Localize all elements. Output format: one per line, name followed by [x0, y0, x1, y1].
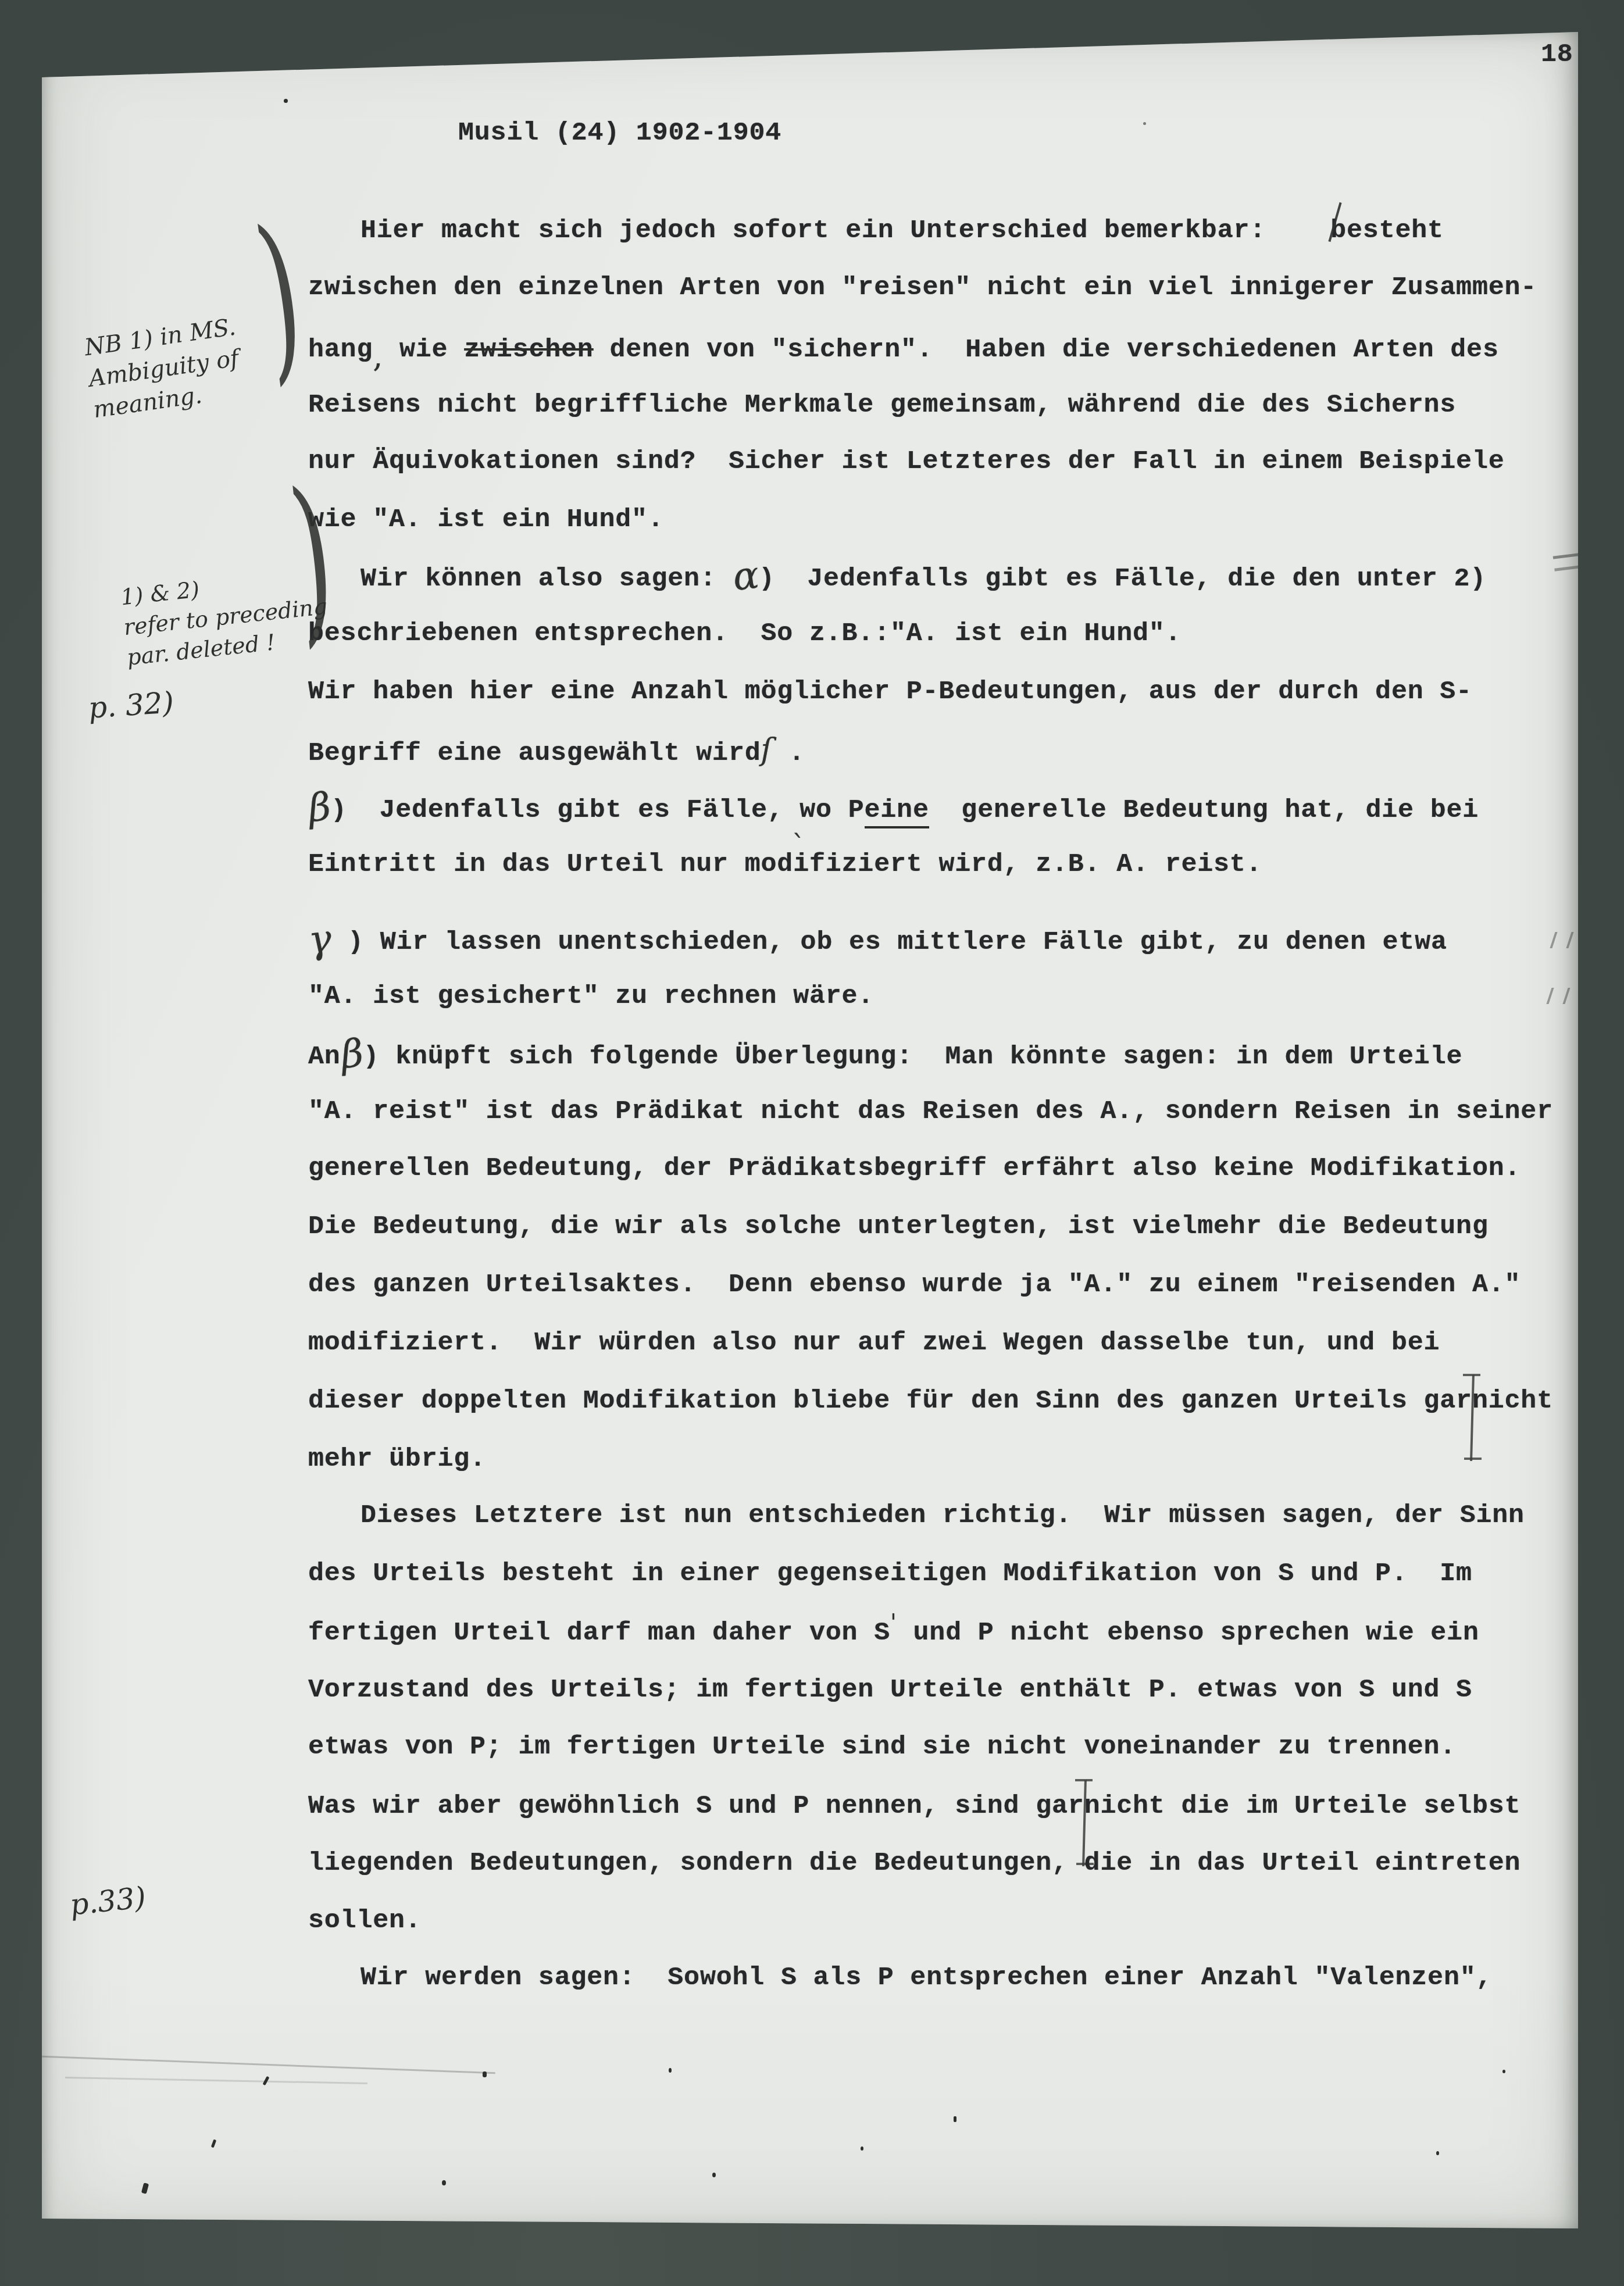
hand-corrected-letter: i [793, 849, 809, 879]
stray-hand-mark [1550, 932, 1573, 948]
typed-line: Vorzustand des Urteils; im fertigen Urte… [308, 1674, 1472, 1706]
typed-line: wie "A. ist ein Hund". [308, 504, 664, 535]
text-segment: Hier macht sich jedoch sofort ein Unters… [361, 216, 1330, 245]
typed-line: Anβ) knüpft sich folgende Überlegung: Ma… [308, 1039, 1462, 1073]
document-title: Musil (24) 1902-1904 [458, 118, 781, 148]
text-segment: Wir werden sagen: Sowohl S als P entspre… [361, 1963, 1492, 1992]
typed-line: Reisens nicht begriffliche Merkmale geme… [308, 390, 1456, 421]
typed-line: Begriff eine ausgewählt wirdſ . [308, 734, 805, 769]
margin-note: 1) & 2)refer to precedingpar. deleted !) [119, 561, 332, 673]
text-segment: dieser doppelten Modifikation bliebe für… [308, 1386, 1472, 1416]
handwritten-greek-letter: α [731, 563, 760, 590]
handwritten-apostrophe: ' [890, 1609, 897, 1636]
text-segment: liegenden Bedeutungen, sondern die Bedeu… [308, 1848, 1521, 1878]
margin-note-text: p.33) [68, 1880, 148, 1922]
typed-line: liegenden Bedeutungen, sondern die Bedeu… [308, 1848, 1521, 1879]
text-segment: des Urteils besteht in einer gegenseitig… [308, 1559, 1472, 1588]
text-segment: Reisens nicht begriffliche Merkmale geme… [308, 390, 1456, 420]
text-segment: Eintritt in das Urteil nur mod [308, 849, 793, 879]
text-segment: und P nicht ebenso sprechen wie ein [897, 1618, 1479, 1648]
text-segment: "A. reist" ist das Prädikat nicht das Re… [308, 1096, 1553, 1126]
typed-line: zwischen den einzelnen Arten von "reisen… [308, 272, 1537, 303]
typed-line: modifiziert. Wir würden also nur auf zwe… [308, 1327, 1440, 1359]
text-segment: hang [308, 335, 373, 365]
text-segment: nicht die im Urteile selbst [1084, 1791, 1521, 1821]
text-segment: modifiziert. Wir würden also nur auf zwe… [308, 1328, 1440, 1358]
text-segment: ) knüpft sich folgende Überlegung: Man k… [363, 1042, 1463, 1071]
typed-line: γ ) Wir lassen unentschieden, ob es mitt… [308, 924, 1447, 958]
typed-line: hang, wie zwischen denen von "sichern". … [308, 330, 1499, 366]
typed-line: generellen Bedeutung, der Prädikatsbegri… [308, 1153, 1521, 1184]
text-segment: ) Jedenfalls gibt es Fälle, die den unte… [759, 564, 1486, 594]
typed-line: Wir werden sagen: Sowohl S als P entspre… [361, 1962, 1492, 1994]
text-segment: An [308, 1042, 341, 1071]
stray-hand-mark [1546, 988, 1570, 1004]
typed-line: Was wir aber gewöhnlich S und P nennen, … [308, 1791, 1521, 1822]
margin-note: NB 1) in MS.Ambiguity ofmeaning.) [83, 312, 247, 426]
page-number: 18 [1541, 40, 1573, 69]
text-segment: mehr übrig. [308, 1444, 486, 1474]
handwritten-greek-letter: β [340, 1041, 365, 1067]
typed-line: Eintritt in das Urteil nur modifiziert w… [308, 849, 1262, 880]
text-segment: beschriebenen entsprechen. So z.B.:"A. i… [308, 619, 1181, 648]
margin-note-bracket: ) [259, 274, 302, 321]
text-segment: Was wir aber gewöhnlich S und P nennen, … [308, 1791, 1084, 1821]
typed-line: etwas von P; im fertigen Urteile sind si… [308, 1731, 1456, 1763]
typed-line: β) Jedenfalls gibt es Fälle, wo Peine ge… [308, 792, 1479, 826]
underlined-word: eine [865, 795, 929, 828]
typed-line: Die Bedeutung, die wir als solche unterl… [308, 1211, 1489, 1242]
typed-line: "A. ist gesichert" zu rechnen wäre. [308, 981, 874, 1012]
text-segment: generellen Bedeutung, der Prädikatsbegri… [308, 1153, 1521, 1183]
typed-line: Wir können also sagen: α) Jedenfalls gib… [361, 561, 1486, 595]
text-segment: denen von "sichern". Haben die verschied… [594, 335, 1499, 365]
text-segment: generelle Bedeutung hat, die bei [929, 795, 1479, 825]
typed-line: fertigen Urteil darf man daher von S' un… [308, 1616, 1479, 1649]
struck-word: zwischen [464, 335, 593, 365]
text-segment: wie [383, 335, 464, 365]
text-segment: Vorzustand des Urteils; im fertigen Urte… [308, 1675, 1472, 1705]
margin-note-bracket: ) [292, 538, 334, 583]
text-segment: Dieses Letztere ist nun entschieden rich… [361, 1501, 1525, 1530]
margin-note: p. 32) [87, 685, 175, 726]
typed-line: nur Äquivokationen sind? Sicher ist Letz… [308, 446, 1505, 477]
typed-line: des Urteils besteht in einer gegenseitig… [308, 1558, 1472, 1590]
handwritten-greek-letter: γ [308, 927, 333, 952]
typed-line: dieser doppelten Modifikation bliebe für… [308, 1385, 1553, 1417]
typed-line: des ganzen Urteilsaktes. Denn ebenso wur… [308, 1269, 1521, 1301]
text-segment: "A. ist gesichert" zu rechnen wäre. [308, 981, 874, 1011]
text-segment: wie "A. ist ein Hund". [308, 505, 664, 534]
crease-line [42, 2056, 495, 2074]
handwritten-greek-letter: β [308, 795, 333, 820]
text-segment: etwas von P; im fertigen Urteile sind si… [308, 1732, 1456, 1762]
text-segment: nur Äquivokationen sind? Sicher ist Letz… [308, 447, 1505, 476]
typed-line: sollen. [308, 1905, 422, 1937]
handwritten-flourish: ſ [761, 733, 773, 767]
hand-capitalized-word: besteht [1330, 216, 1444, 245]
text-segment: ) Jedenfalls gibt es Fälle, wo P [331, 795, 865, 825]
text-segment: des ganzen Urteilsaktes. Denn ebenso wur… [308, 1270, 1521, 1299]
text-segment: Die Bedeutung, die wir als solche unterl… [308, 1212, 1489, 1241]
stray-hand-mark [1553, 552, 1591, 571]
margin-note: p.33) [68, 1880, 148, 1922]
text-segment: sollen. [308, 1906, 422, 1935]
text-segment: zwischen den einzelnen Arten von "reisen… [308, 273, 1537, 302]
text-segment: Begriff eine ausgewählt wird [308, 738, 761, 768]
typed-line: Wir haben hier eine Anzahl möglicher P-B… [308, 676, 1472, 708]
text-segment: ) Wir lassen unentschieden, ob es mittle… [331, 927, 1447, 957]
text-segment: nicht [1472, 1386, 1553, 1416]
typed-line: Hier macht sich jedoch sofort ein Unters… [361, 215, 1444, 247]
document-page: 18 Musil (24) 1902-1904 Hier macht sich … [42, 32, 1578, 2235]
photocopy-background: 18 Musil (24) 1902-1904 Hier macht sich … [0, 0, 1624, 2286]
text-segment: . [773, 738, 805, 768]
text-segment: Wir können also sagen: [361, 564, 733, 594]
handwritten-comma: , [373, 338, 383, 374]
typed-line: beschriebenen entsprechen. So z.B.:"A. i… [308, 618, 1181, 649]
typed-line: mehr übrig. [308, 1444, 486, 1475]
text-segment: fertigen Urteil darf man daher von S [308, 1618, 890, 1648]
crease-line [65, 2077, 367, 2084]
margin-note-text: p. 32) [87, 685, 175, 726]
typed-line: Dieses Letztere ist nun entschieden rich… [361, 1500, 1525, 1531]
text-segment: Wir haben hier eine Anzahl möglicher P-B… [308, 677, 1472, 706]
text-segment: fiziert wird, z.B. A. reist. [809, 849, 1262, 879]
typed-line: "A. reist" ist das Prädikat nicht das Re… [308, 1096, 1553, 1127]
